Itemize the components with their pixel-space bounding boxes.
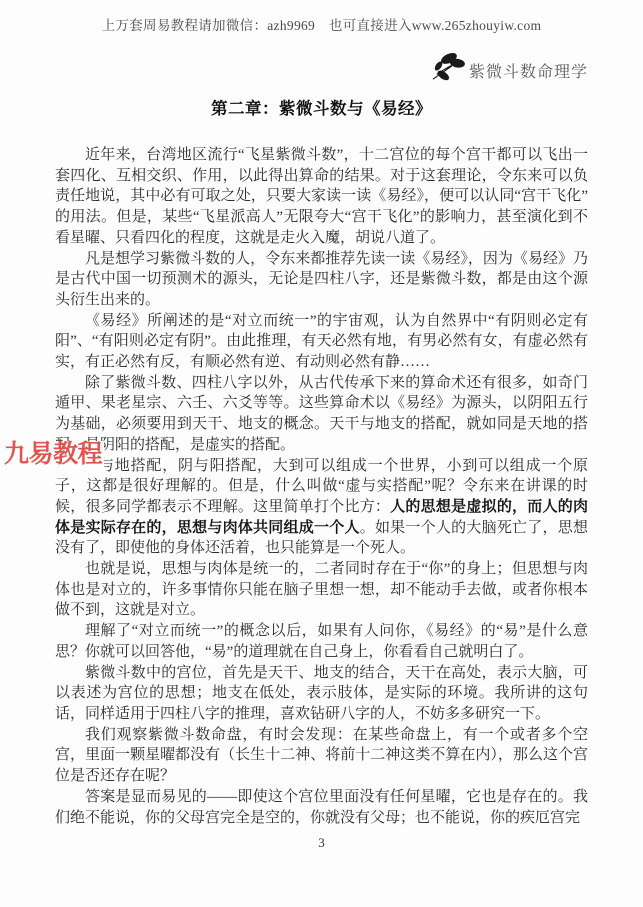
header-notice: 上万套周易教程请加微信：azh9969 也可直接进入www.265zhouyiw… — [0, 0, 643, 34]
document-page: 上万套周易教程请加微信：azh9969 也可直接进入www.265zhouyiw… — [0, 0, 643, 907]
paragraph-7: 理解了“对立而统一”的概念以后，如果有人问你，《易经》的“易”是什么意思？你就可… — [55, 621, 588, 662]
paragraph-6: 也就是说，思想与肉体是统一的，二者同时存在于“你”的身上；但思想与肉体也是对立的… — [55, 559, 588, 621]
chapter-title: 第二章：紫微斗数与《易经》 — [0, 95, 643, 119]
page-number: 3 — [0, 835, 643, 851]
watermark: 九易教程 — [2, 441, 104, 468]
brand-logo-text: 紫微斗数命理学 — [469, 64, 588, 82]
paragraph-9: 我们观察紫微斗数命盘，有时会发现：在某些命盘上，有一个或者多个空宫，里面一颗星曜… — [55, 725, 588, 787]
paragraph-1: 近年来，台湾地区流行“飞星紫微斗数”，十二宫位的每个宫干都可以飞出一套四化、互相… — [55, 145, 588, 249]
body-text: 近年来，台湾地区流行“飞星紫微斗数”，十二宫位的每个宫干都可以飞出一套四化、互相… — [55, 145, 588, 828]
paragraph-10: 答案是显而易见的——即使这个宫位里面没有任何星曜，它也是存在的。我们绝不能说，你… — [55, 787, 588, 828]
paragraph-8: 紫微斗数中的宫位，首先是天干、地支的结合，天干在高处，表示大脑，可以表述为宫位的… — [55, 663, 588, 725]
brand-logo: 紫微斗数命理学 — [0, 49, 588, 82]
paragraph-5: 与地搭配，阴与阳搭配，大到可以组成一个世界，小到可以组成一个原子，这都是很好理解… — [55, 456, 588, 560]
leaves-logo-icon — [429, 50, 467, 82]
paragraph-2: 凡是想学习紫微斗数的人，令东来都推荐先读一读《易经》，因为《易经》乃是古代中国一… — [55, 249, 588, 311]
paragraph-3: 《易经》所阐述的是“对立而统一”的宇宙观，认为自然界中“有阴则必定有阳”、“有阳… — [55, 311, 588, 373]
paragraph-4: 除了紫微斗数、四柱八字以外，从古代传承下来的算命术还有很多，如奇门遁甲、果老星宗… — [55, 373, 588, 456]
